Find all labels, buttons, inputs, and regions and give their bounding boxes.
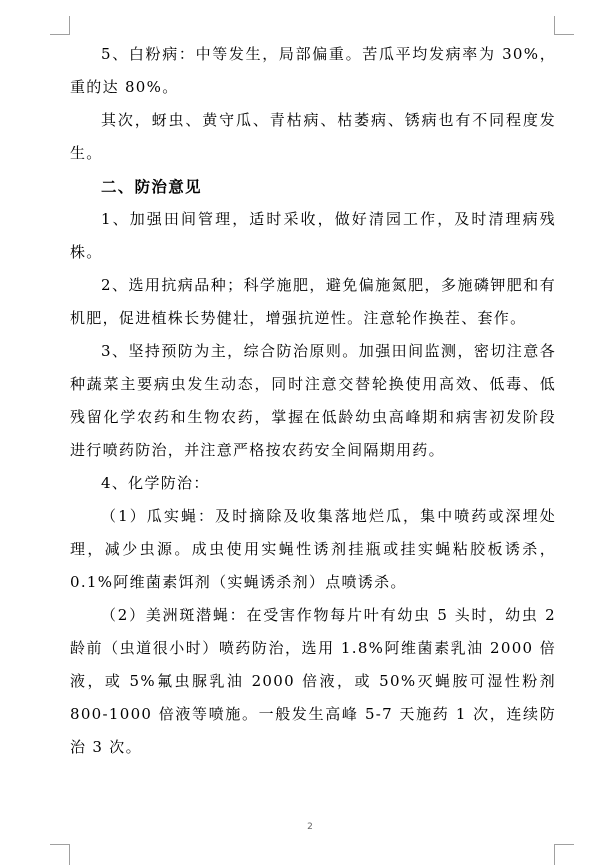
document-body: 5、白粉病：中等发生，局部偏重。苦瓜平均发病率为 30%，重的达 80%。 其次…	[70, 38, 556, 764]
crop-mark-bottom-left	[50, 844, 70, 865]
paragraph-chemical-control: 4、化学防治：	[70, 467, 556, 500]
section-heading-control-advice: 二、防治意见	[70, 170, 556, 203]
paragraph-resistant-varieties: 2、选用抗病品种；科学施肥，避免偏施氮肥，多施磷钾肥和有机肥，促进植株长势健壮，…	[70, 269, 556, 335]
paragraph-melon-fly: （1）瓜实蝇：及时摘除及收集落地烂瓜，集中喷药或深埋处理，减少虫源。成虫使用实蝇…	[70, 500, 556, 599]
crop-mark-top-right	[554, 16, 574, 35]
paragraph-leaf-miner: （2）美洲斑潜蝇：在受害作物每片叶有幼虫 5 头时，幼虫 2 龄前（虫道很小时）…	[70, 599, 556, 764]
paragraph-powdery-mildew: 5、白粉病：中等发生，局部偏重。苦瓜平均发病率为 30%，重的达 80%。	[70, 38, 556, 104]
page-number: 2	[300, 822, 320, 832]
paragraph-other-pests: 其次，蚜虫、黄守瓜、青枯病、枯萎病、锈病也有不同程度发生。	[70, 104, 556, 170]
crop-mark-bottom-right	[554, 844, 574, 865]
crop-mark-top-left	[50, 16, 70, 35]
paragraph-field-management: 1、加强田间管理，适时采收，做好清园工作，及时清理病残株。	[70, 203, 556, 269]
paragraph-prevention-principle: 3、坚持预防为主，综合防治原则。加强田间监测，密切注意各种蔬菜主要病虫发生动态，…	[70, 335, 556, 467]
